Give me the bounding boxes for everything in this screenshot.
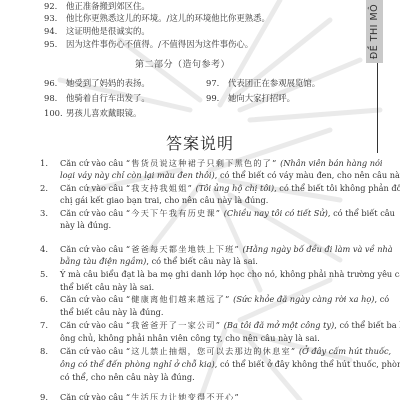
answer-line: Căn cứ vào câu “我爸爸开了一家公司” (Ba tôi đã mở… [60, 320, 400, 331]
answer-number: 3. [40, 208, 48, 219]
sentence-number: 95. [44, 39, 57, 50]
answer-number: 2. [40, 183, 48, 194]
sentence-text: 因为这件事伤心不值得。/不值得因为这件事伤心。 [66, 39, 253, 50]
sentence-text: 代表团正在参观展览馆。 [228, 78, 320, 89]
answer-line: Căn cứ vào câu “生活压力让她变得不开心” [60, 392, 240, 400]
sentence-text: 这证明他是很诚实的。 [66, 26, 150, 37]
sentence-number: 99. [206, 93, 219, 104]
answer-number: 7. [40, 320, 48, 331]
answer-line: Ý mà câu biểu đạt là ba mẹ ghi danh lớp … [60, 269, 400, 280]
answer-line: ông có thể đến phòng nghỉ ở chỗ kia), có… [60, 359, 400, 370]
sentence-text: 她向大家打招呼。 [228, 93, 295, 104]
sentence-number: 93. [44, 13, 57, 24]
answer-line: Căn cứ vào câu “我支持我姐姐” (Tôi ủng hộ chị … [60, 183, 400, 194]
sentence-number: 97. [206, 78, 219, 89]
sentence-number: 100. [44, 108, 63, 119]
answer-line: Căn cứ vào câu “爸爸每天都坐地铁上下班” (Hằng ngày … [60, 244, 393, 255]
answer-number: 5. [40, 269, 48, 280]
answer-line: Căn cứ vào câu “健康离他们越来越远了” (Sức khỏe đã… [60, 294, 389, 305]
answer-number: 4. [40, 244, 48, 255]
answer-number: 1. [40, 158, 48, 169]
side-tab-label: ĐỀ THI MÔ [369, 4, 380, 59]
answer-line: thể biết câu này là đúng. [60, 307, 163, 318]
sentence-number: 92. [44, 1, 57, 12]
answer-line: ông chủ, không phải nhân viên công ty, c… [60, 333, 320, 344]
answer-number: 8. [40, 346, 48, 357]
sentence-number: 94. [44, 26, 57, 37]
answer-line: này là đúng. [60, 220, 111, 231]
answer-explanation-title: 答案说明 [0, 131, 400, 154]
document-page: ĐỀ THI MÔ 92. 他正准备搬到郊区住。 93. 他比你更熟悉这儿的环境… [0, 0, 400, 400]
answer-line: loại váy này chỉ còn lại màu đen thôi), … [60, 170, 400, 181]
part2-title: 第二部分（造句参考） [0, 57, 365, 70]
answer-line: thể biết câu này là sai. [60, 282, 154, 293]
answer-line: Căn cứ vào câu “这儿禁止抽烟，您可以去那边的休息室” (Ở đâ… [60, 346, 391, 357]
sentence-text: 他比你更熟悉这儿的环境。/这儿的环境他比你更熟悉。 [66, 13, 270, 24]
sentence-text: 她受到了妈妈的表扬。 [66, 78, 150, 89]
sentence-text: 男孩儿喜欢戴眼镜。 [66, 108, 141, 119]
answer-number: 9. [40, 392, 48, 400]
sentence-number: 98. [44, 93, 57, 104]
answer-line: Căn cứ vào câu “售货员说这种裙子只剩下黑色的了” (Nhân v… [60, 158, 383, 169]
answer-line: bằng tàu điện ngầm), có thể biết câu này… [60, 256, 258, 267]
sentence-text: 他骑着自行车出发了。 [66, 93, 150, 104]
sentence-text: 他正准备搬到郊区住。 [66, 1, 150, 12]
answer-line: Căn cứ vào câu “今天下午我有历史课” (Chiều nay tô… [60, 208, 395, 219]
answer-line: chị gái kết giao bạn trai, cho nên câu n… [60, 195, 268, 206]
answer-number: 6. [40, 294, 48, 305]
sentence-number: 96. [44, 78, 57, 89]
answer-line: có thể, cho nên câu này là đúng. [60, 372, 195, 383]
